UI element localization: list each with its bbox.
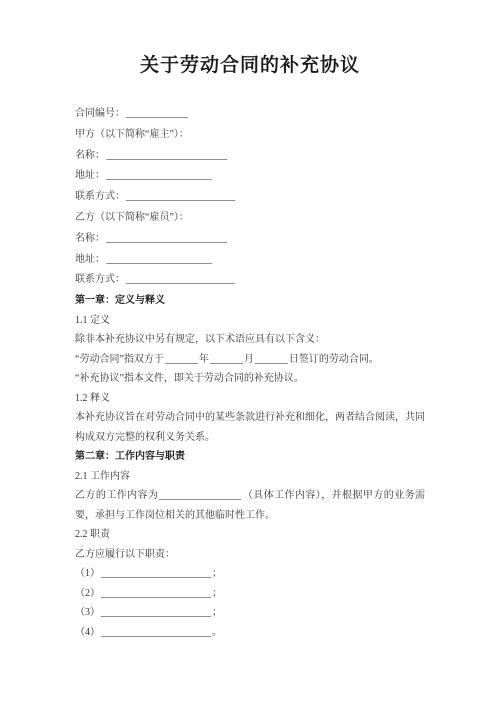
blank-field [106,158,227,160]
text-segment: 联系方式： [75,191,125,202]
text-segment: （2） [75,588,100,599]
blank-field [126,116,188,118]
chapter-1-heading: 第一章：定义与释义 [75,291,425,311]
clause-duties-intro: 乙方应履行以下职责： [75,545,425,565]
text-segment: “补充协议”指本文件，即关于劳动合同的补充协议。 [75,373,304,384]
section-1-1-heading: 1.1 定义 [75,311,425,331]
text-segment: 乙方的工作内容为 [75,490,158,501]
section-2-2-heading: 2.2 职责 [75,525,425,545]
document-title: 关于劳动合同的补充协议 [75,52,425,80]
text-segment: 地址： [75,170,105,181]
blank-field [126,282,235,284]
field-party-b-name: 名称： [75,229,425,250]
text-segment: 。 [212,627,222,638]
field-party-b-address: 地址： [75,250,425,271]
text-segment: 联系方式： [75,274,125,285]
section-1-2-heading: 1.2 释义 [75,389,425,409]
document-body: 合同编号：甲方（以下简称“雇主”）：名称：地址：联系方式：乙方（以下简称“雇员”… [75,104,425,642]
field-contract-number: 合同编号： [75,104,425,125]
text-segment: 名称： [75,150,105,161]
chapter-2-heading: 第二章：工作内容与职责 [75,447,425,467]
text-segment: 第一章：定义与释义 [75,295,165,306]
clause-definitions-intro: 除非本补充协议中另有规定，以下术语应具有以下含义： [75,330,425,350]
blank-field [126,199,235,201]
text-segment: 日签订的劳动合同。 [289,354,379,365]
text-segment: 本补充协议旨在对劳动合同中的某些条款进行补充和细化，两者结合阅读，共同构成双方完… [75,412,425,443]
field-party-b-contact: 联系方式： [75,270,425,291]
section-2-1-heading: 2.1 工作内容 [75,467,425,487]
text-segment: ； [212,588,222,599]
blank-field [159,498,241,500]
text-segment: （1） [75,568,100,579]
text-segment: 2.1 工作内容 [75,471,130,482]
blank-field [255,362,288,364]
blank-field [210,362,243,364]
clause-interpretation: 本补充协议旨在对劳动合同中的某些条款进行补充和细化，两者结合阅读，共同构成双方完… [75,408,425,447]
field-party-a-contact: 联系方式： [75,187,425,208]
text-segment: 月 [244,354,254,365]
text-segment: “劳动合同”指双方于 [75,354,164,365]
blank-field [101,596,211,598]
duty-item-1: （1）； [75,564,425,584]
text-segment: 合同编号： [75,108,125,119]
blank-field [106,262,212,264]
blank-field [106,241,227,243]
text-segment: 年 [199,354,209,365]
text-segment: 乙方应履行以下职责： [75,549,175,560]
clause-work-content: 乙方的工作内容为（具体工作内容），并根据甲方的业务需要，承担与工作岗位相关的其他… [75,486,425,525]
blank-field [101,615,211,617]
blank-field [101,635,211,637]
blank-field [101,576,211,578]
text-segment: 除非本补充协议中另有规定，以下术语应具有以下含义： [75,334,325,345]
party-a-label: 甲方（以下简称“雇主”）： [75,125,425,146]
text-segment: 乙方（以下简称“雇员”）： [75,212,189,223]
text-segment: （3） [75,607,100,618]
text-segment: 第二章：工作内容与职责 [75,451,185,462]
clause-supplement-definition: “补充协议”指本文件，即关于劳动合同的补充协议。 [75,369,425,389]
text-segment: 名称： [75,233,105,244]
text-segment: 1.2 释义 [75,393,110,404]
text-segment: （4） [75,627,100,638]
field-party-a-address: 地址： [75,166,425,187]
text-segment: 2.2 职责 [75,529,110,540]
field-party-a-name: 名称： [75,146,425,167]
duty-item-3: （3）； [75,603,425,623]
duty-item-2: （2）； [75,584,425,604]
clause-labor-contract-definition: “劳动合同”指双方于年月日签订的劳动合同。 [75,350,425,370]
text-segment: 甲方（以下简称“雇主”）： [75,129,189,140]
document-page: 关于劳动合同的补充协议 合同编号：甲方（以下简称“雇主”）：名称：地址：联系方式… [0,0,500,707]
text-segment: 1.1 定义 [75,315,110,326]
text-segment: ； [212,568,222,579]
blank-field [106,178,212,180]
blank-field [165,362,198,364]
duty-item-4: （4）。 [75,623,425,643]
party-b-label: 乙方（以下简称“雇员”）： [75,208,425,229]
text-segment: ； [212,607,222,618]
text-segment: 地址： [75,254,105,265]
